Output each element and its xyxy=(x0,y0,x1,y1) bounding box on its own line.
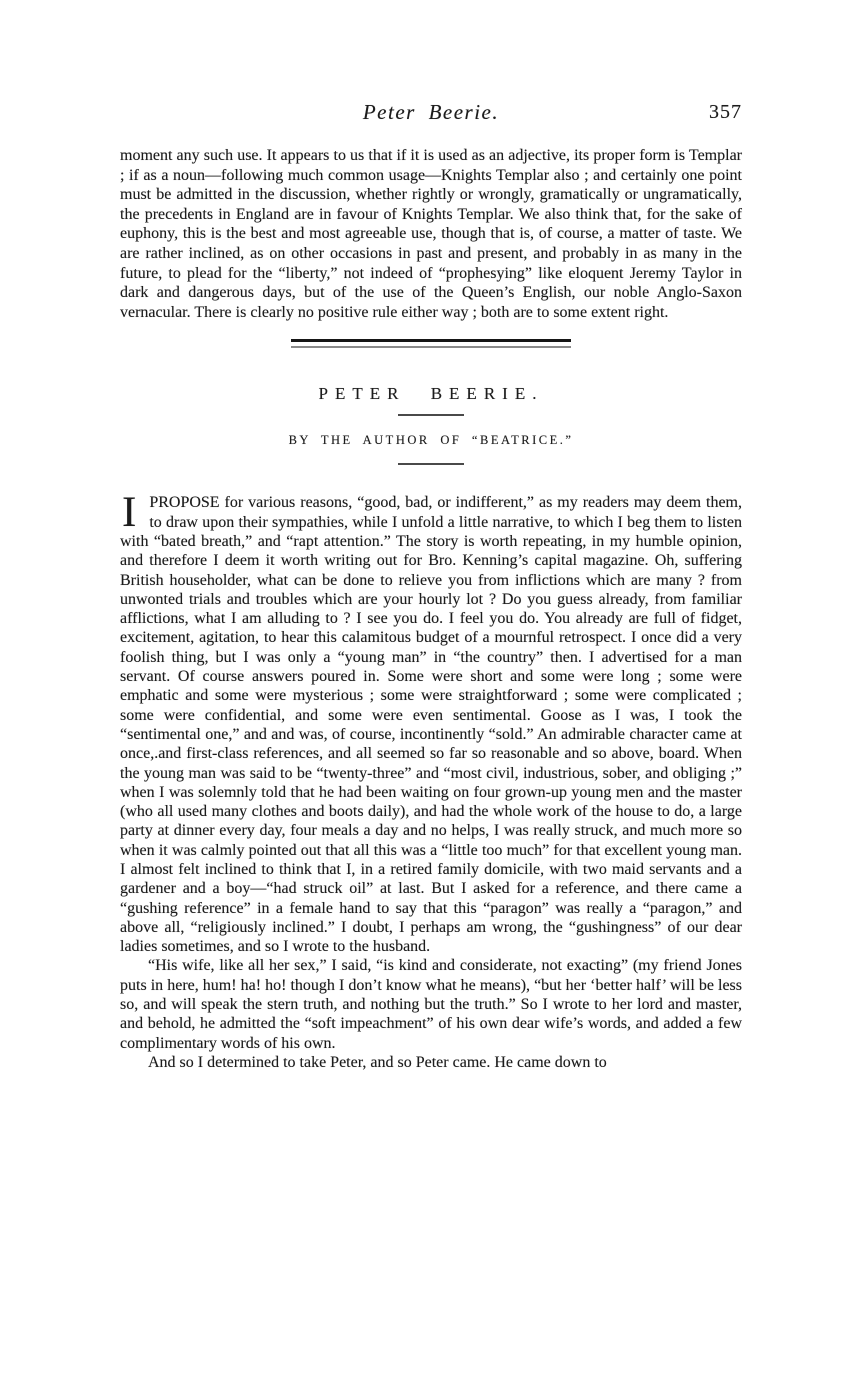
running-header: Peter Beerie. 357 xyxy=(120,100,742,130)
drop-cap: I xyxy=(122,495,136,530)
article-byline: BY THE AUTHOR OF “BEATRICE.” xyxy=(120,433,742,448)
continuation-paragraph: moment any such use. It appears to us th… xyxy=(120,146,742,322)
body-paragraph: “His wife, like all her sex,” I said, “i… xyxy=(120,956,742,1052)
page-number: 357 xyxy=(709,101,742,124)
body-paragraph: And so I determined to take Peter, and s… xyxy=(120,1053,742,1072)
article-title: PETER BEERIE. xyxy=(120,384,742,404)
title-rule xyxy=(398,414,464,416)
opening-paragraph-text: PROPOSE for various reasons, “good, bad,… xyxy=(120,494,742,955)
opening-paragraph: IPROPOSE for various reasons, “good, bad… xyxy=(120,493,742,956)
byline-rule xyxy=(398,463,464,465)
text-column: moment any such use. It appears to us th… xyxy=(120,146,742,1072)
section-divider xyxy=(291,339,571,348)
document-page: Peter Beerie. 357 moment any such use. I… xyxy=(0,0,856,1375)
running-header-title: Peter Beerie. xyxy=(120,100,742,125)
divider-rule-thin xyxy=(291,346,571,348)
divider-rule-thick xyxy=(291,339,571,342)
